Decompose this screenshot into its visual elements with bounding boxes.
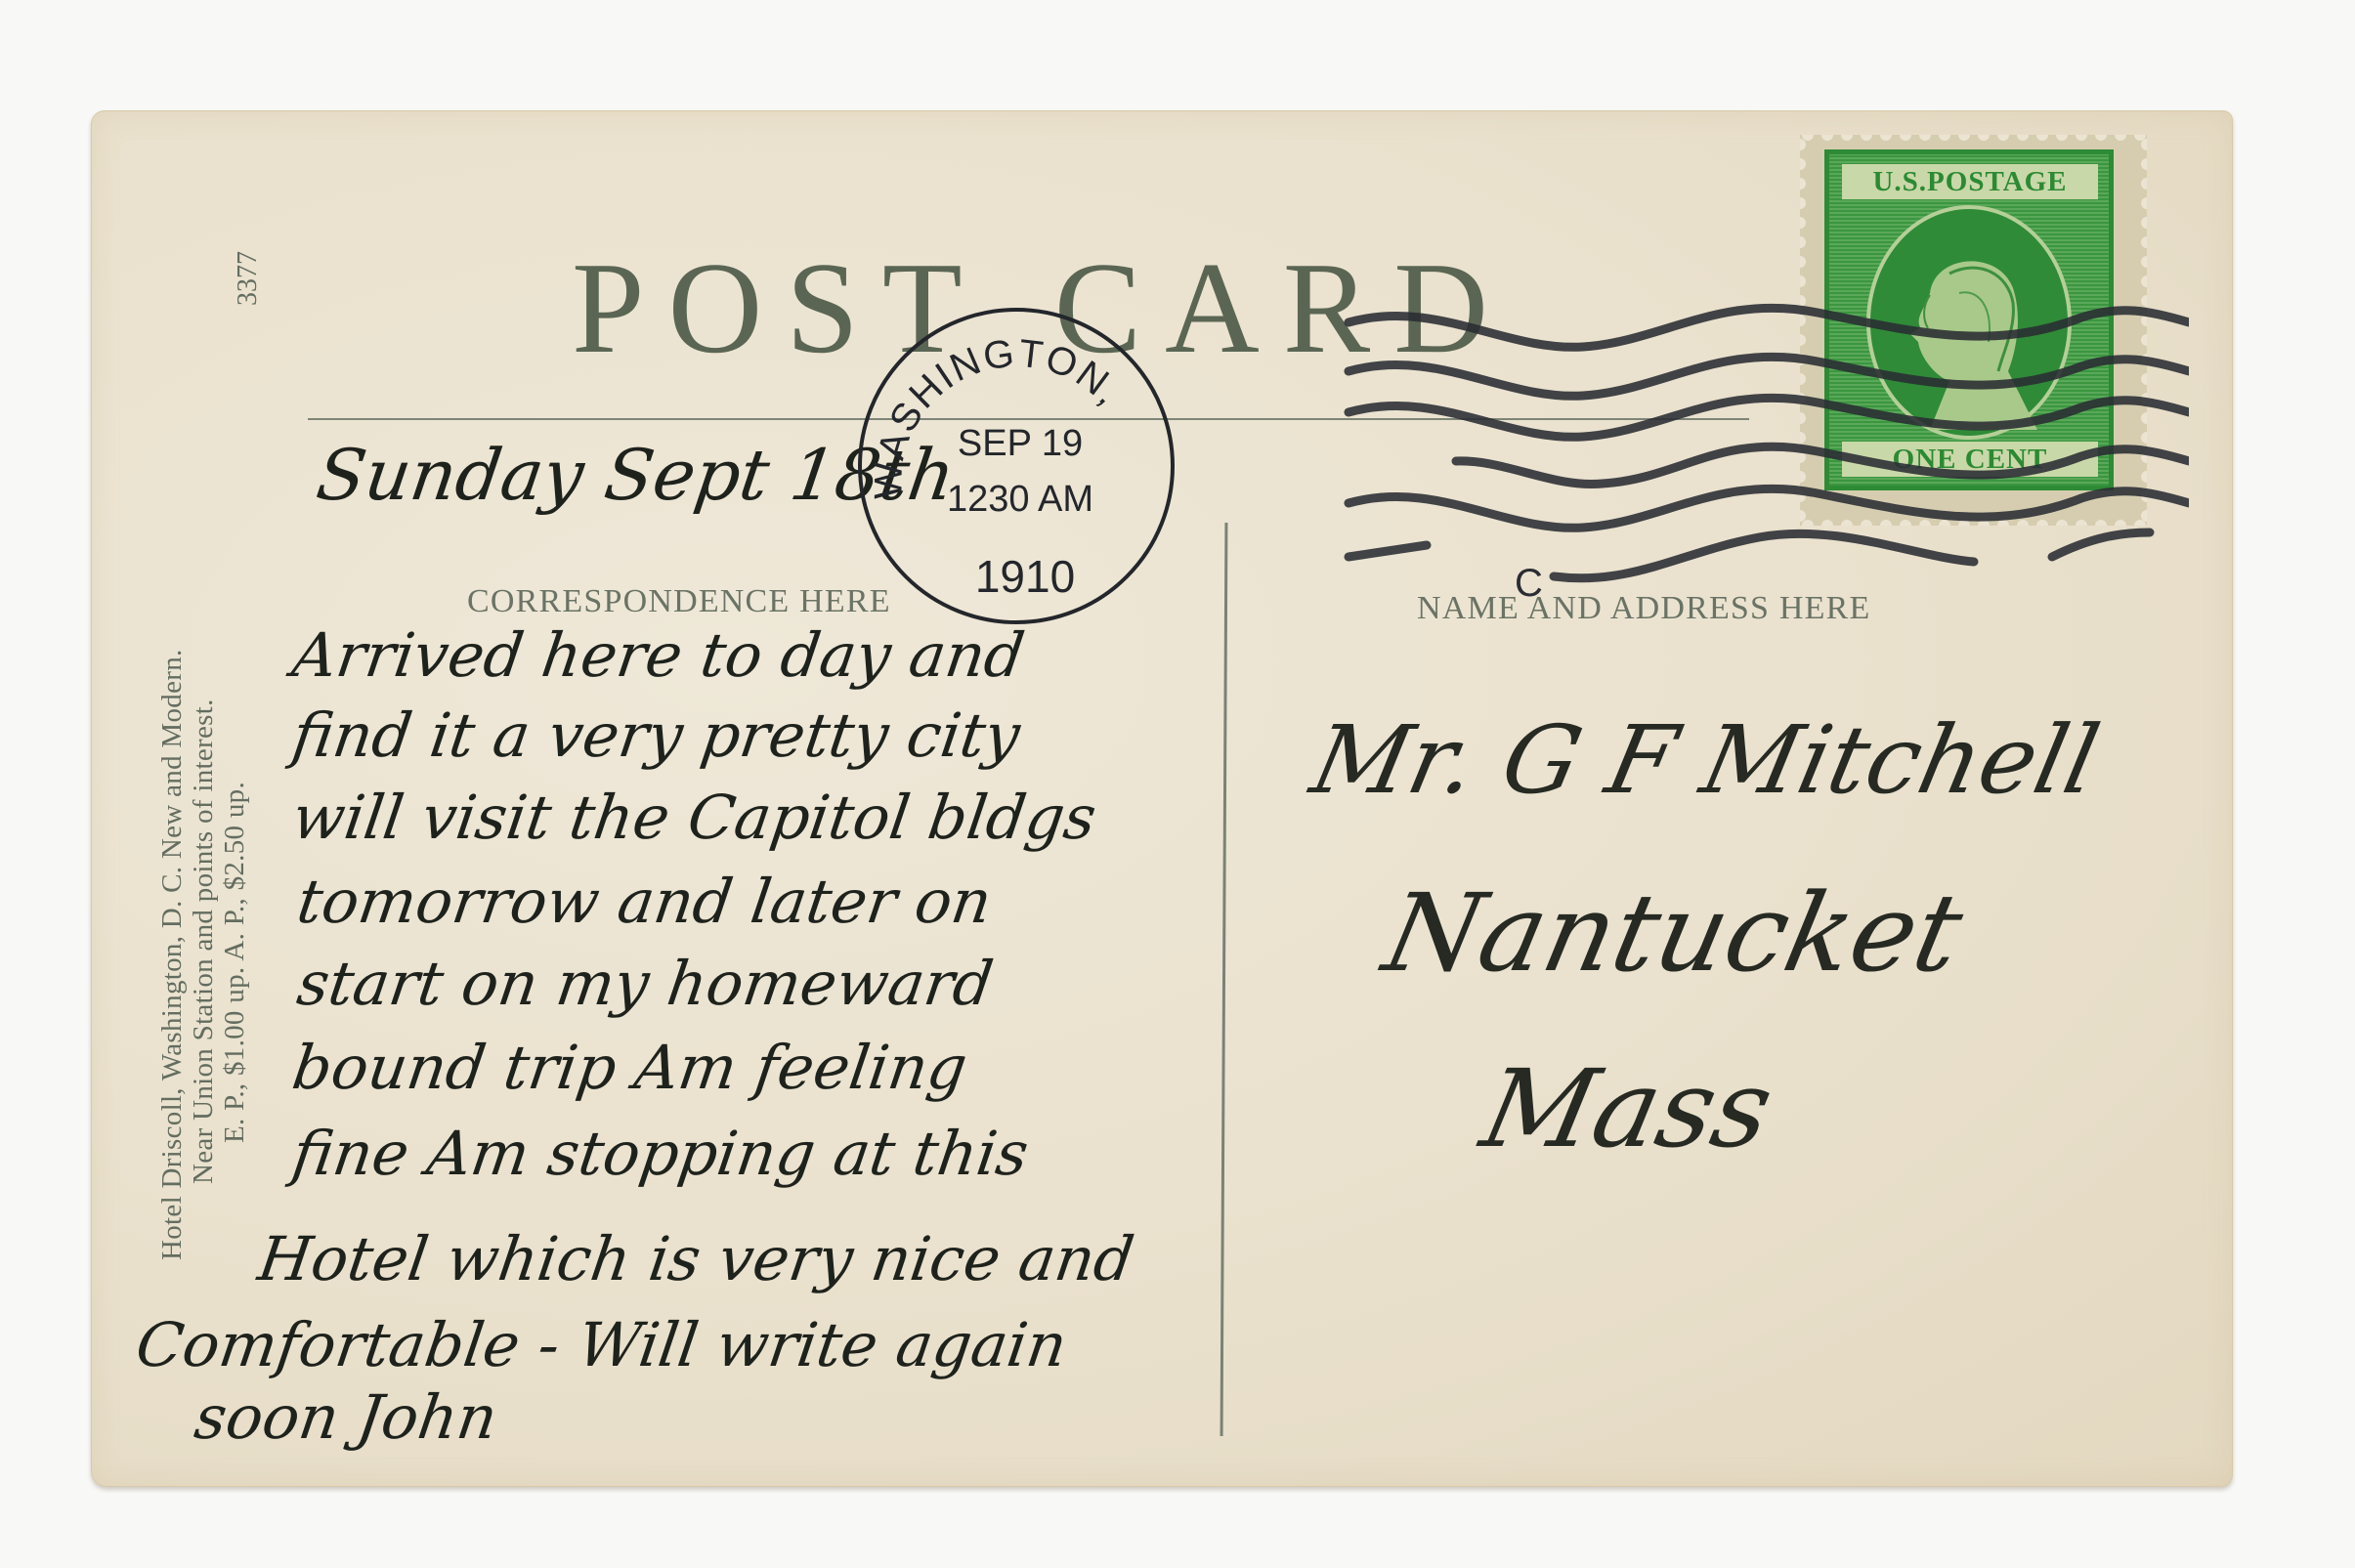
postmark: WASHINGTON, D.C. SEP 19 1230 AM 1910 [854,304,1178,628]
address-name: Mr. G F Mitchell [1305,713,2107,807]
message-line: find it a very pretty city [289,705,1024,766]
message-line: Hotel which is very nice and [255,1229,1137,1290]
svg-text:C: C [1515,562,1543,605]
postmark-year: 1910 [975,551,1075,602]
message-line: Arrived here to day and [289,625,1028,686]
message-line: fine Am stopping at this [289,1123,1032,1184]
message-line: will visit the Capitol bldgs [289,787,1100,848]
address-city: Nantucket [1376,879,1971,987]
svg-text:WASHINGTON, D.C.: WASHINGTON, D.C. [854,304,1131,499]
imprint-line-3: E. P., $1.00 up. A. P., $2.50 up. [219,649,250,1260]
address-state: Mass [1474,1055,1781,1163]
message-line: tomorrow and later on [294,871,996,932]
imprint-line-1: Hotel Driscoll, Washington, D. C. New an… [156,649,188,1260]
message-line: Comfortable - Will write again [133,1315,1071,1376]
postmark-city: WASHINGTON, D.C. [854,304,1131,499]
postmark-time: 1230 AM [947,479,1093,520]
imprint-line-2: Near Union Station and points of interes… [188,649,219,1260]
correspondence-label: CORRESPONDENCE HERE [467,583,891,620]
catalog-number: 3377 [233,251,264,306]
hotel-imprint: Hotel Driscoll, Washington, D. C. New an… [156,649,250,1260]
stamp-top-text: U.S.POSTAGE [1842,164,2098,199]
message-line: bound trip Am feeling [289,1038,971,1098]
cancellation-lines: C [1309,293,2189,606]
message-signature: soon John [192,1387,501,1448]
message-line: start on my homeward [294,954,997,1014]
postmark-date: SEP 19 [958,423,1083,464]
